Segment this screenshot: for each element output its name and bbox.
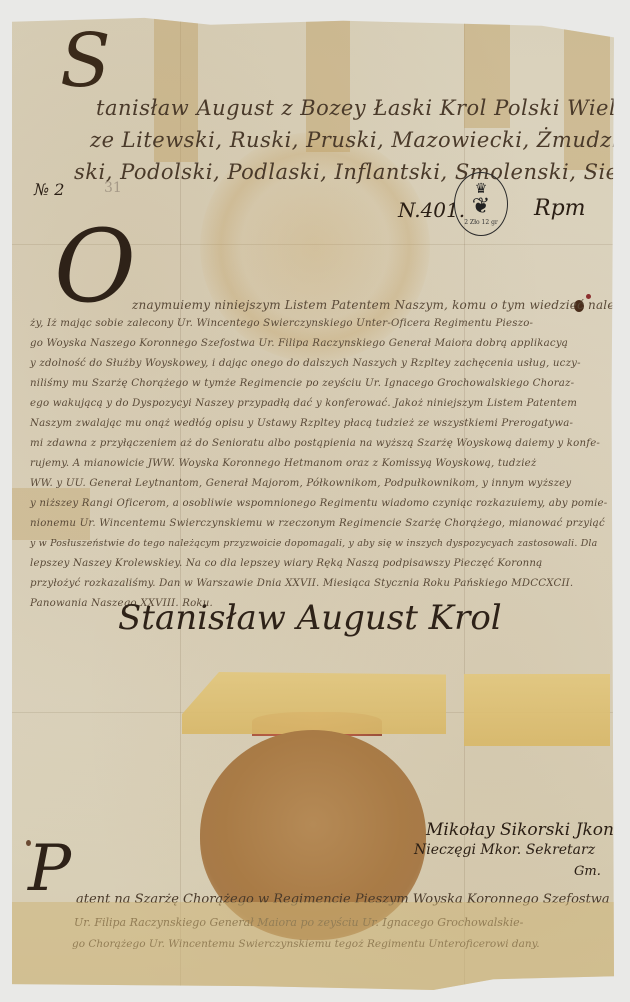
countersign-line-2: Nieczęgi Mkor. Sekretarz [414,842,595,858]
body-initial: O [54,208,136,325]
body-line-14: lepszey Naszey Krolewskiey. Na co dla le… [30,558,542,569]
tape-strip-yellow [182,672,446,734]
body-line-2: ży, Iż mając sobie zalecony Ur. Wincente… [30,318,533,329]
body-line-7: Naszym zwalając mu onąż wedłóg opisu y U… [30,418,573,429]
body-line-10: WW. y UU. Generał Leytnantom, Generał Ma… [30,478,571,489]
eagle-icon: ❦ [472,196,490,218]
body-line-15: przyłożyć rozkazaliśmy. Dan w Warszawie … [30,578,573,589]
registry-number: № 2 [34,180,64,199]
royal-signature: Stanisław August Krol [118,598,502,638]
registry-initials: Rpm [534,196,586,221]
body-line-9: rujemy. A mianowicie JWW. Woyska Koronne… [30,458,536,469]
header-initial: S [60,18,111,104]
pencil-number: 31 [104,180,122,196]
footer-initial: P [28,832,71,906]
stamp-value: 2 Zło 12 gr [464,219,498,226]
countersign-line-1: Mikołay Sikorski Jkon. [426,820,619,840]
document-page: S tanisław August z Bozey Łaski Krol Pol… [12,12,614,990]
header-line-1: tanisław August z Bozey Łaski Krol Polsk… [96,96,630,120]
body-line-13: y w Posłuszeństwie do tego należącym prz… [30,538,597,549]
body-line-4: y zdolność do Służby Woyskowey, i dając … [30,358,581,369]
header-line-2: ze Litewski, Ruski, Pruski, Mazowiecki, … [90,128,630,152]
countersign-line-3: Gm. [574,864,601,879]
tape-strip [12,488,90,540]
body-line-11: y niższey Rangi Oficerom, a osobliwie ws… [30,498,607,509]
body-line-5: niliśmy mu Szarżę Chorążego w tymże Regi… [30,378,574,389]
body-line-8: mi zdawna z przyłączeniem aż do Seniorat… [30,438,600,449]
header-line-3: ski, Podolski, Podlaski, Inflantski, Smo… [74,160,630,184]
body-line-1: znaymuiemy niniejszym Listem Patentem Na… [132,298,619,312]
body-line-12: nionemu Ur. Wincentemu Swierczynskiemu w… [30,518,605,529]
tax-stamp: ♛ ❦ 2 Zło 12 gr [454,172,508,236]
bottom-tape-band [12,902,614,990]
body-line-6: ego wakującą y do Dyspozycyi Naszey przy… [30,398,577,409]
tape-strip-yellow [464,674,610,746]
body-line-3: go Woyska Naszego Koronnego Szefostwa Ur… [30,338,568,349]
ink-blot [26,840,31,846]
